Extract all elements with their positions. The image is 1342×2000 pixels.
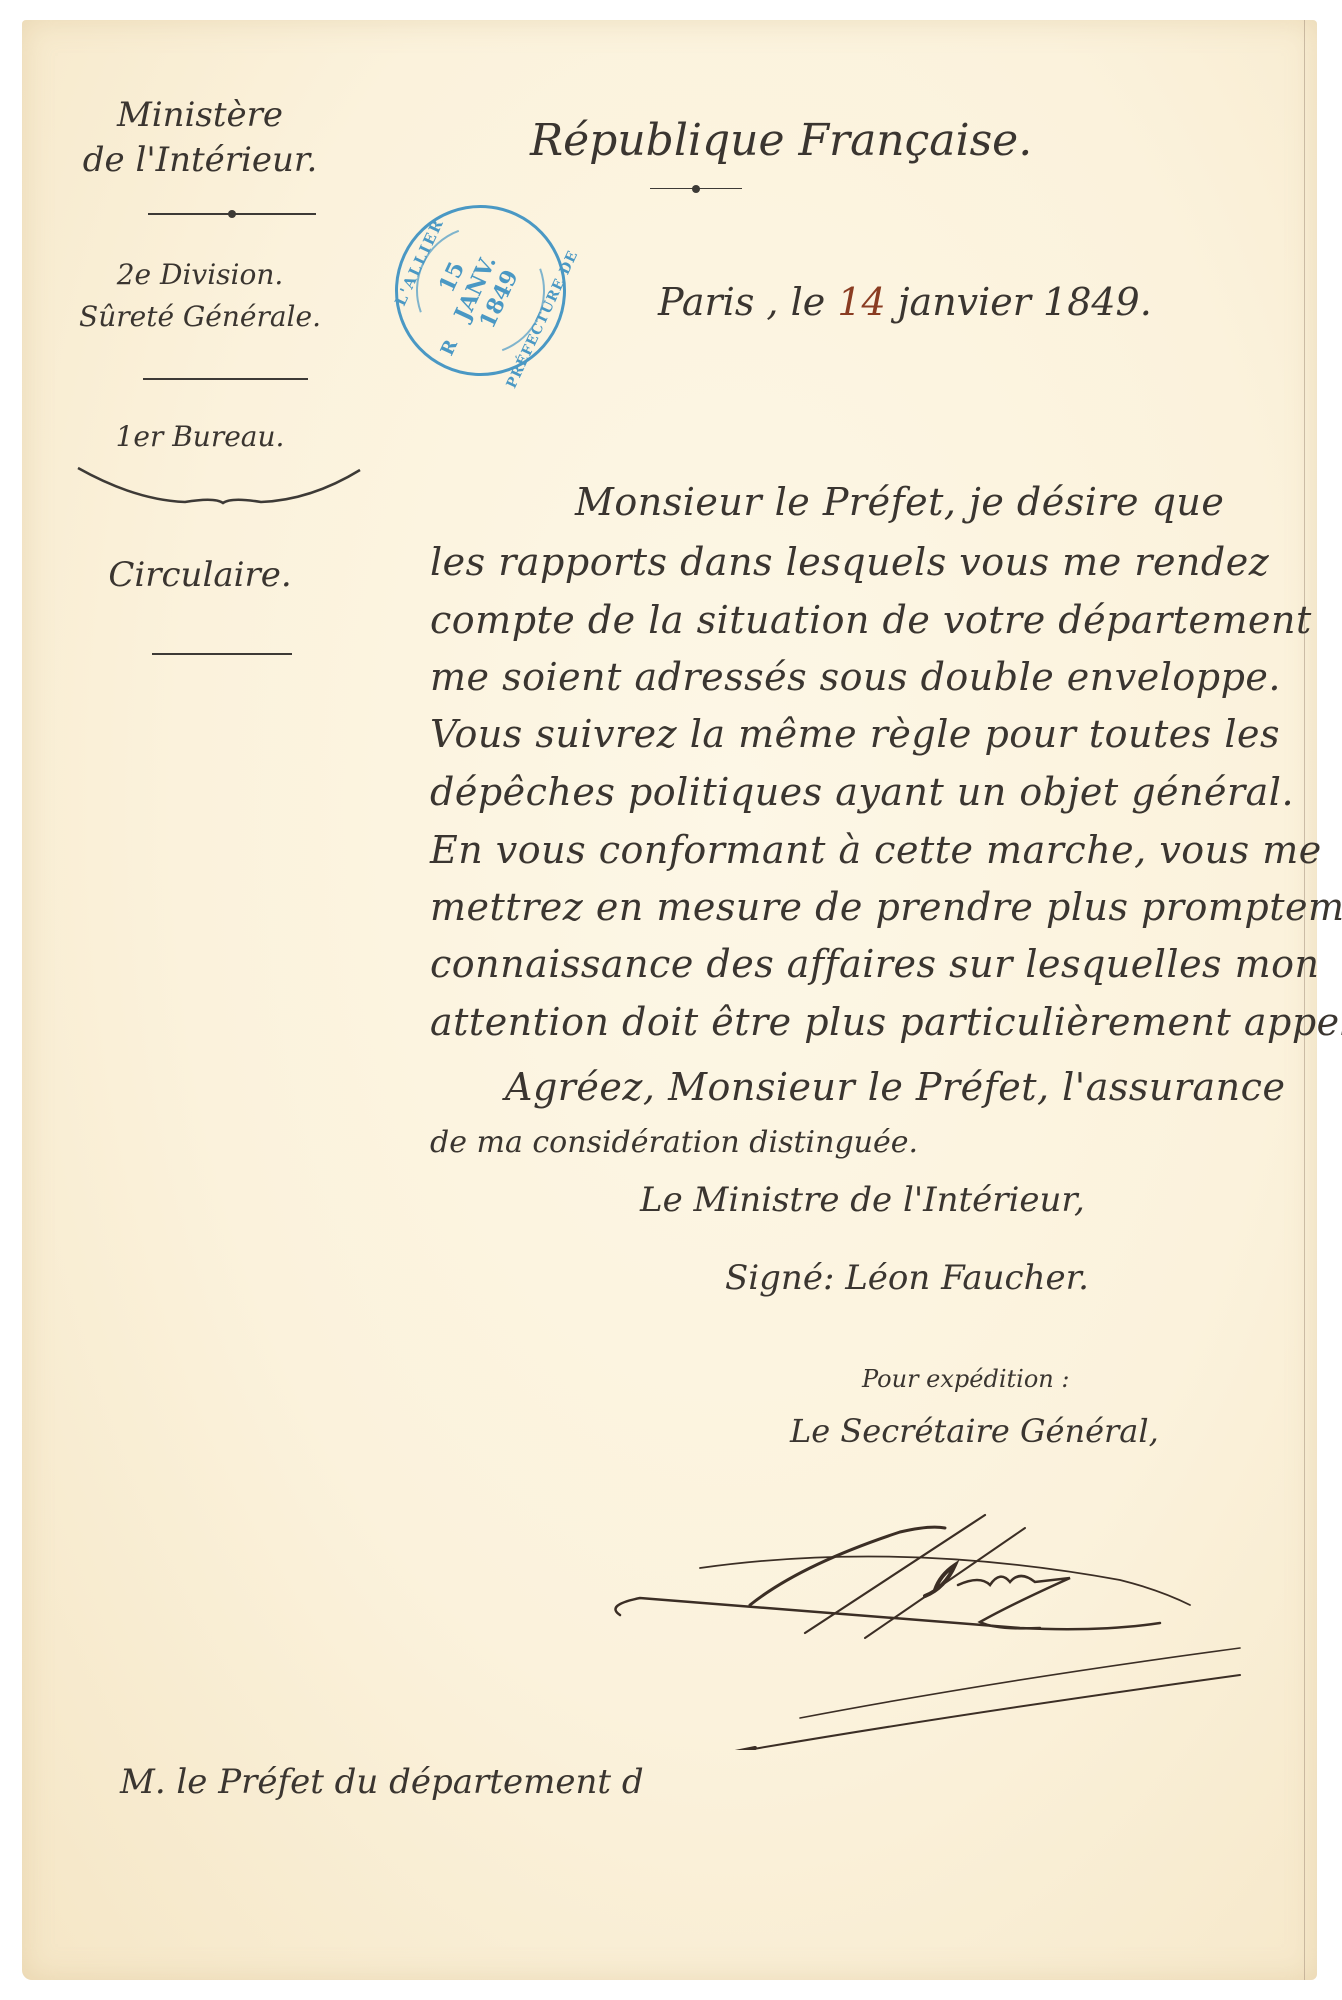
body-line: attention doit être plus particulièremen… [430,1000,1342,1044]
divider [143,378,308,380]
signed-name: Signé: Léon Faucher. [725,1258,1089,1298]
handwritten-signature [600,1470,1250,1750]
body-line: connaissance des affaires sur lesquelles… [430,942,1320,986]
addressee-line: M. le Préfet du département d [120,1762,644,1802]
body-line: En vous conformant à cette marche, vous … [430,828,1322,872]
division-line-1: 2e Division. [50,258,350,291]
closing-line-2: de ma considération distinguée. [430,1125,918,1160]
document-title: République Française. [530,115,1032,166]
date-day: 14 [837,280,885,324]
secretary-title: Le Secrétaire Général, [790,1412,1159,1450]
title-divider [650,188,742,189]
divider [152,653,292,655]
bureau-label: 1er Bureau. [50,420,350,453]
body-line: les rapports dans lesquels vous me rende… [430,540,1269,584]
date-month-year: janvier 1849. [898,280,1152,324]
division-line-2: Sûreté Générale. [50,300,350,333]
closing-line-1: Agréez, Monsieur le Préfet, l'assurance [505,1065,1285,1109]
ornamental-divider [148,213,316,215]
date-place: Paris , le [658,280,825,324]
body-line: Vous suivrez la même règle pour toutes l… [430,712,1280,756]
ministry-line-2: de l'Intérieur. [50,140,350,180]
minister-title: Le Ministre de l'Intérieur, [640,1180,1085,1220]
flourish-ornament [75,465,365,515]
ministry-line-1: Ministère [50,95,350,135]
body-line: dépêches politiques ayant un objet génér… [430,770,1294,814]
circulaire-label: Circulaire. [50,555,350,595]
body-line: compte de la situation de votre départem… [430,598,1312,642]
for-dispatch-label: Pour expédition : [862,1365,1069,1393]
body-line: mettrez en mesure de prendre plus prompt… [430,885,1342,929]
date-line: Paris , le 14 janvier 1849. [658,280,1152,324]
body-line: me soient adressés sous double enveloppe… [430,655,1281,699]
body-line: Monsieur le Préfet, je désire que [575,480,1224,524]
